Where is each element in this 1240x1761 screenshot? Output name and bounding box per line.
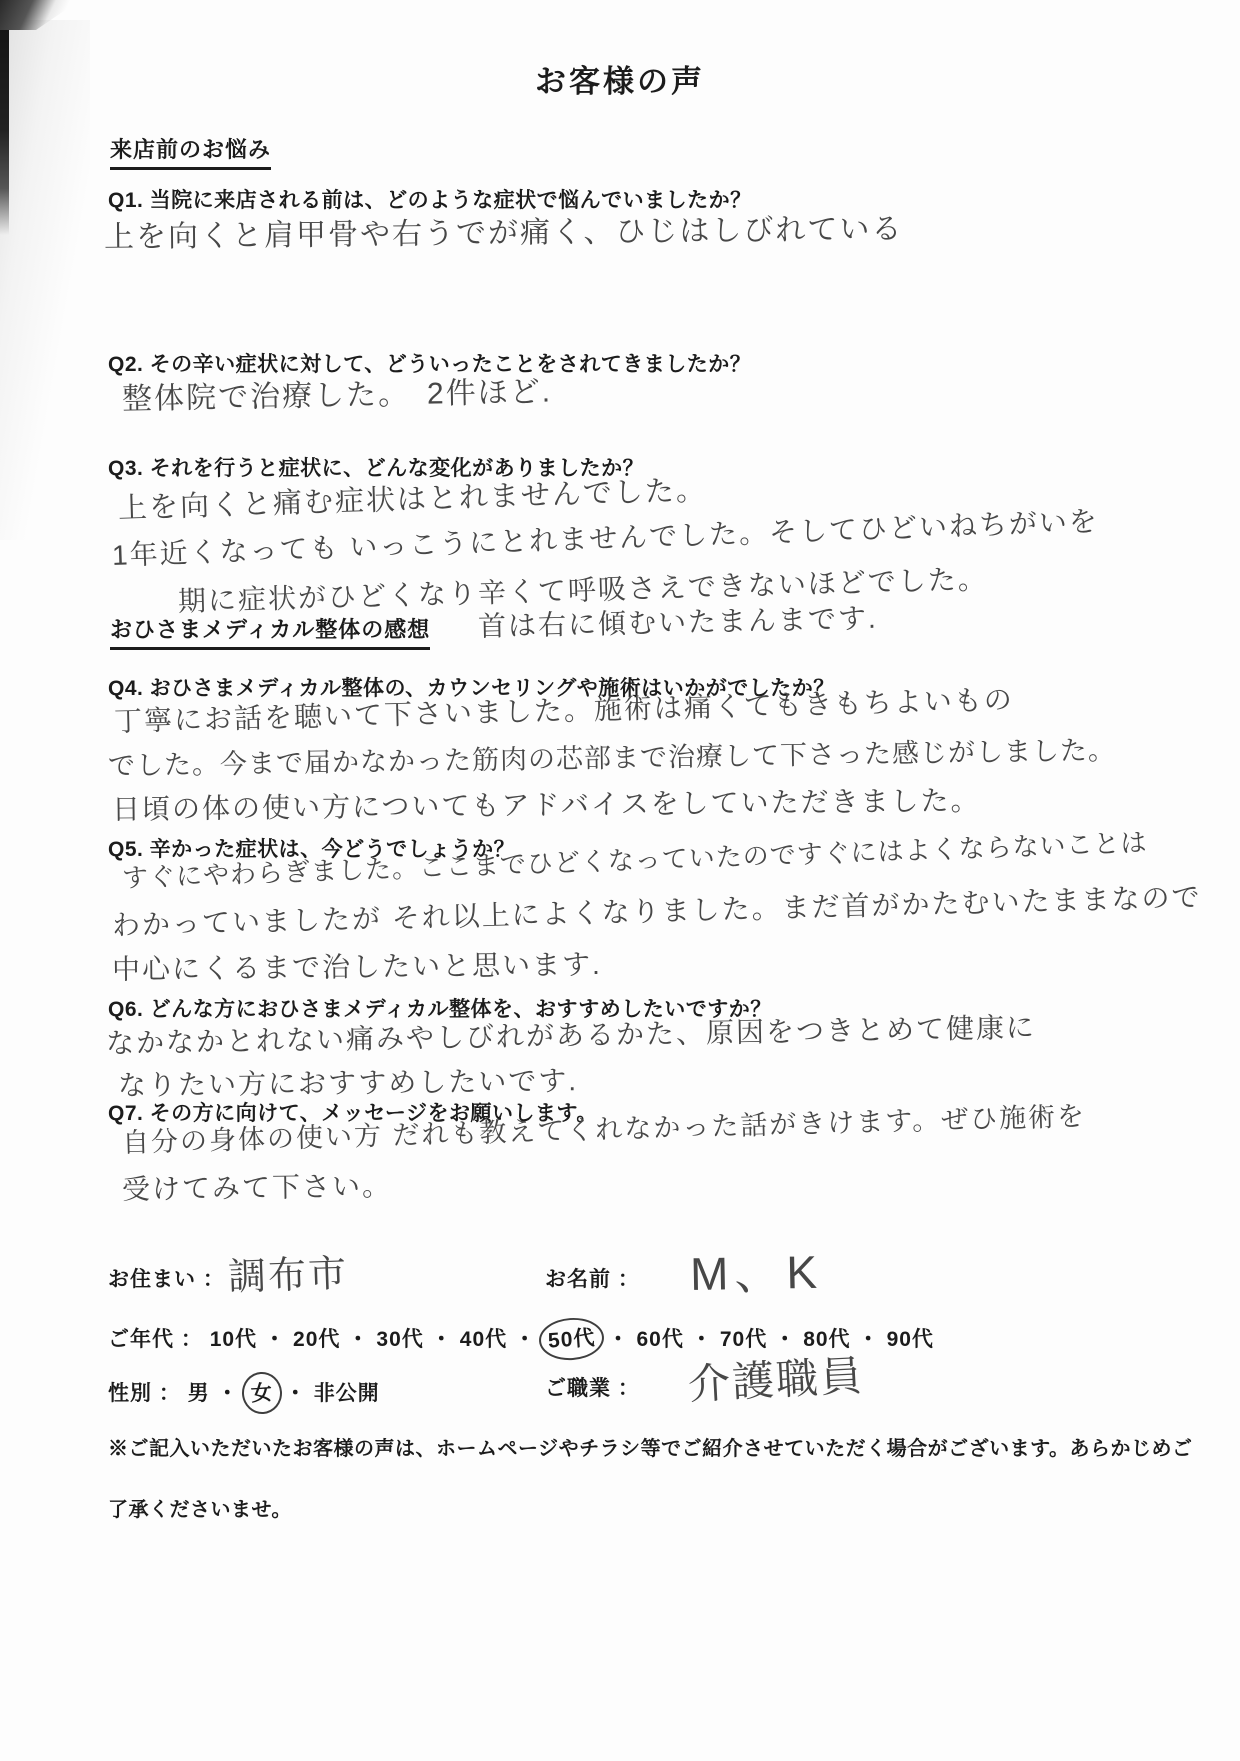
answer-5-line-3: 中心にくるまで治したいと思います. xyxy=(112,943,602,988)
age-option-30s: 30代 xyxy=(376,1328,423,1351)
option-separator: ・ xyxy=(684,1328,720,1351)
disclaimer-line-1: ※ご記入いただいたお客様の声は、ホームページやチラシ等でご紹介させていただく場合… xyxy=(108,1432,1193,1461)
gender-option-private: 非公開 xyxy=(314,1382,380,1405)
option-separator: ・ xyxy=(257,1328,293,1351)
answer-3-line-4: 首は右に傾むいたまんまです. xyxy=(478,597,879,645)
age-label: ご年代 ： xyxy=(108,1328,203,1351)
age-option-90s: 90代 xyxy=(887,1328,934,1351)
gender-option-male: 男 xyxy=(188,1382,210,1405)
age-option-10s: 10代 xyxy=(210,1328,257,1351)
answer-2-line-1: 整体院で治療した。 2件ほど. xyxy=(122,366,553,417)
answer-1-line-1: 上を向くと肩甲骨や右うでが痛く、ひじはしびれている xyxy=(104,204,904,256)
answer-4-line-3: 日頃の体の使い方についてもアドバイスをしていただきました。 xyxy=(112,779,981,828)
gender-label: 性別 ： xyxy=(108,1382,181,1405)
gender-option-female-selected: 女 xyxy=(240,1371,283,1416)
scan-edge-artifact xyxy=(0,0,9,235)
option-separator: ・ xyxy=(424,1328,460,1351)
answer-7-line-2: 受けてみて下さい。 xyxy=(122,1164,393,1208)
option-separator: ・ xyxy=(507,1328,543,1351)
section-heading-before-visit: 来店前のお悩み xyxy=(110,133,271,170)
age-option-60s: 60代 xyxy=(636,1328,683,1351)
age-option-20s: 20代 xyxy=(293,1328,340,1351)
residence-value: 調布市 xyxy=(227,1242,349,1301)
section-heading-impressions: おひさまメディカル整体の感想 xyxy=(110,613,430,650)
name-label: お名前 ： xyxy=(545,1263,640,1293)
option-separator: ・ xyxy=(278,1382,314,1405)
occupation-value: 介護職員 xyxy=(686,1343,865,1412)
page-title: お客様の声 xyxy=(0,56,1240,101)
name-value: M、K xyxy=(689,1236,823,1304)
option-separator: ・ xyxy=(600,1328,636,1351)
gender-row: 性別 ： 男・女・非公開 xyxy=(108,1372,380,1414)
occupation-label: ご職業 ： xyxy=(545,1372,640,1402)
scanned-questionnaire-page: お客様の声 来店前のお悩み Q1. 当院に来店される前は、どのような症状で悩んで… xyxy=(0,0,1240,1761)
age-option-50s-selected: 50代 xyxy=(538,1316,606,1362)
option-separator: ・ xyxy=(340,1328,376,1351)
option-separator: ・ xyxy=(210,1382,246,1405)
age-option-40s: 40代 xyxy=(460,1328,507,1351)
gender-options: 男・女・非公開 xyxy=(188,1382,380,1405)
disclaimer-line-2: 了承くださいませ。 xyxy=(108,1493,292,1522)
residence-label: お住まい ： xyxy=(108,1263,225,1293)
